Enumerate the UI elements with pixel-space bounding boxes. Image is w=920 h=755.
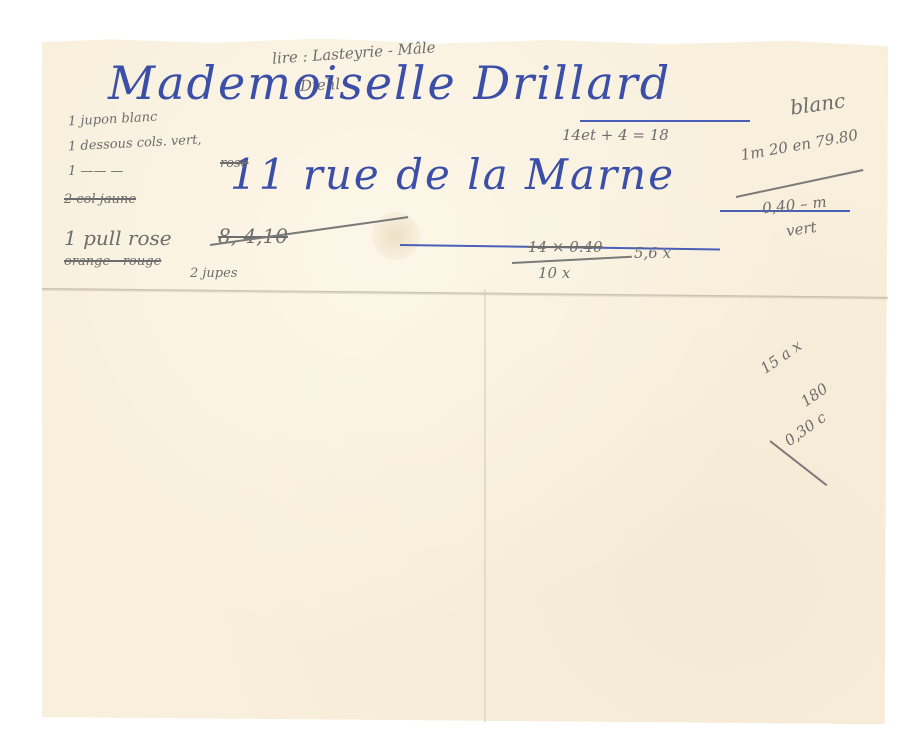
calc-2-side: 5,6 x [634, 244, 671, 262]
addressee-line-1: Mademoiselle Drillard [108, 56, 671, 110]
addressee-line-2: 11 rue de la Marne [230, 150, 675, 199]
calc-2-denominator: 10 x [538, 264, 570, 282]
vertical-fold [484, 290, 486, 722]
name-underline [580, 120, 750, 122]
list-item: 1 —— — [68, 164, 124, 179]
calc-1: 14et + 4 = 18 [562, 126, 669, 144]
list-item: orange - rouge [64, 254, 161, 269]
list-item: 1 pull rose [64, 226, 172, 250]
list-item: 2 col jaune [64, 192, 136, 207]
list-item: 2 jupes [190, 266, 238, 281]
calc-2-numerator: 14 × 0.40 [528, 238, 603, 256]
list-item: rose [220, 156, 248, 171]
